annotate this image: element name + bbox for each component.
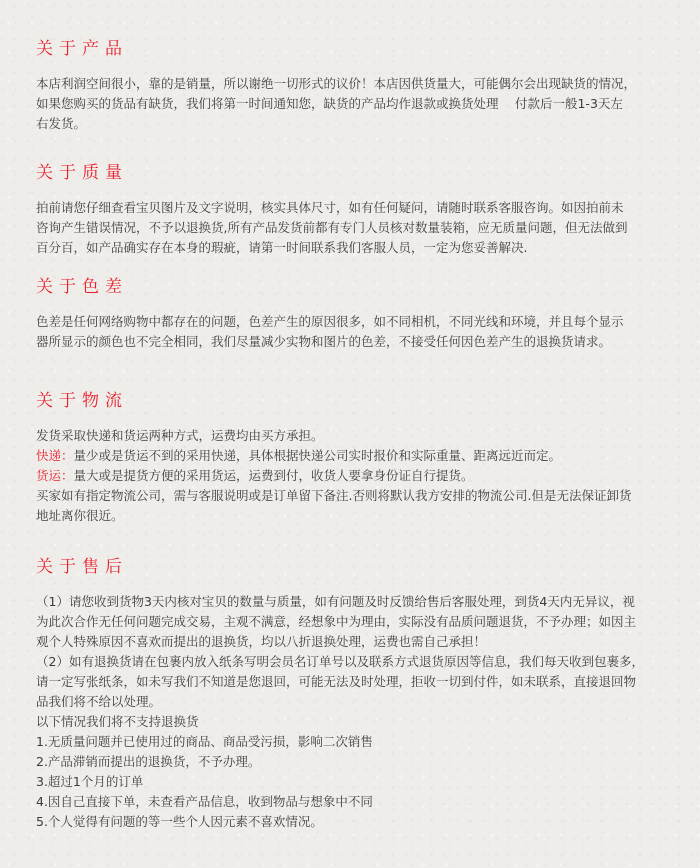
- product-paragraph: 本店利润空间很小，靠的是销量，所以谢绝一切形式的议价！本店因供货量大，可能偶尔会…: [36, 74, 666, 134]
- logistics-freight: 货运：量大或是提货方便的采用货运，运费到付，收货人要拿身份证自行提货。: [36, 466, 666, 486]
- freight-label: 货运：: [36, 468, 74, 483]
- text-line: 地址离你很近。: [36, 506, 666, 526]
- text-line: 如果您购买的货品有缺货，我们将第一时间通知您，缺货的产品均作退款或换货处理 付款…: [36, 94, 666, 114]
- text-line: （2）如有退换货请在包裹内放入纸条写明会员名订单号以及联系方式退货原因等信息，我…: [36, 652, 666, 672]
- list-item: 5.个人觉得有问题的等一些个人因元素不喜欢情况。: [36, 812, 666, 832]
- text-line: 咨询产生错误情况，不予以退换货,所有产品发货前都有专门人员核对数量装箱，应无质量…: [36, 218, 666, 238]
- text-line: 为此次合作无任何问题完成交易，主观不满意，经想象中为理由，实际没有品质问题退货，…: [36, 612, 666, 632]
- quality-paragraph: 拍前请您仔细查看宝贝图片及文字说明，核实具体尺寸，如有任何疑问，请随时联系客服咨…: [36, 198, 666, 258]
- logistics-express: 快递：量少或是货运不到的采用快递，具体根据快递公司实时报价和实际重量、距离远近而…: [36, 446, 666, 466]
- logistics-intro: 发货采取快递和货运两种方式，运费均由买方承担。: [36, 426, 666, 446]
- heading-logistics: 关于物流: [36, 390, 666, 412]
- heading-aftersale: 关于售后: [36, 556, 666, 578]
- text-line: 百分百，如产品确实存在本身的瑕疵，请第一时间联系我们客服人员，一定为您妥善解决.: [36, 238, 666, 258]
- section-color: 关于色差 色差是任何网络购物中都存在的问题，色差产生的原因很多，如不同相机，不同…: [36, 276, 666, 352]
- aftersale-paragraph: （1）请您收到货物3天内核对宝贝的数量与质量，如有问题及时反馈给售后客服处理，到…: [36, 592, 666, 832]
- list-item: 4.因自己直接下单，未查看产品信息，收到物品与想象中不同: [36, 792, 666, 812]
- heading-color: 关于色差: [36, 276, 666, 298]
- text-line: 色差是任何网络购物中都存在的问题，色差产生的原因很多，如不同相机，不同光线和环境…: [36, 312, 666, 332]
- text-line: 买家如有指定物流公司，需与客服说明或是订单留下备注.否则将默认我方安排的物流公司…: [36, 486, 666, 506]
- heading-product: 关于产品: [36, 38, 666, 60]
- color-paragraph: 色差是任何网络购物中都存在的问题，色差产生的原因很多，如不同相机，不同光线和环境…: [36, 312, 666, 352]
- text-line: 品我们将不给以处理。: [36, 692, 666, 712]
- text-line: 请一定写张纸条，如未写我们不知道是您退回，可能无法及时处理，拒收一切到付件，如未…: [36, 672, 666, 692]
- list-item: 1.无质量问题并已使用过的商品、商品受污损，影响二次销售: [36, 732, 666, 752]
- list-item: 2.产品滞销而提出的退换货，不予办理。: [36, 752, 666, 772]
- express-label: 快递：: [36, 448, 74, 463]
- text-line: 右发货。: [36, 114, 666, 134]
- section-quality: 关于质量 拍前请您仔细查看宝贝图片及文字说明，核实具体尺寸，如有任何疑问，请随时…: [36, 162, 666, 258]
- section-logistics: 关于物流 发货采取快递和货运两种方式，运费均由买方承担。 快递：量少或是货运不到…: [36, 390, 666, 526]
- text-line: 拍前请您仔细查看宝贝图片及文字说明，核实具体尺寸，如有任何疑问，请随时联系客服咨…: [36, 198, 666, 218]
- express-text: 量少或是货运不到的采用快递，具体根据快递公司实时报价和实际重量、距离远近而定。: [74, 448, 562, 463]
- heading-quality: 关于质量: [36, 162, 666, 184]
- section-aftersale: 关于售后 （1）请您收到货物3天内核对宝贝的数量与质量，如有问题及时反馈给售后客…: [36, 556, 666, 832]
- text-line: 本店利润空间很小，靠的是销量，所以谢绝一切形式的议价！本店因供货量大，可能偶尔会…: [36, 74, 666, 94]
- text-line: 观个人特殊原因不喜欢而提出的退换货，均以八折退换处理，运费也需自己承担！: [36, 632, 666, 652]
- list-item: 3.超过1个月的订单: [36, 772, 666, 792]
- logistics-paragraph: 发货采取快递和货运两种方式，运费均由买方承担。 快递：量少或是货运不到的采用快递…: [36, 426, 666, 526]
- text-line: 器所显示的颜色也不完全相同，我们尽量减少实物和图片的色差，不接受任何因色差产生的…: [36, 332, 666, 352]
- text-line: （1）请您收到货物3天内核对宝贝的数量与质量，如有问题及时反馈给售后客服处理，到…: [36, 592, 666, 612]
- freight-text: 量大或是提货方便的采用货运，运费到付，收货人要拿身份证自行提货。: [74, 468, 474, 483]
- section-product: 关于产品 本店利润空间很小，靠的是销量，所以谢绝一切形式的议价！本店因供货量大，…: [36, 38, 666, 134]
- text-line: 以下情况我们将不支持退换货: [36, 712, 666, 732]
